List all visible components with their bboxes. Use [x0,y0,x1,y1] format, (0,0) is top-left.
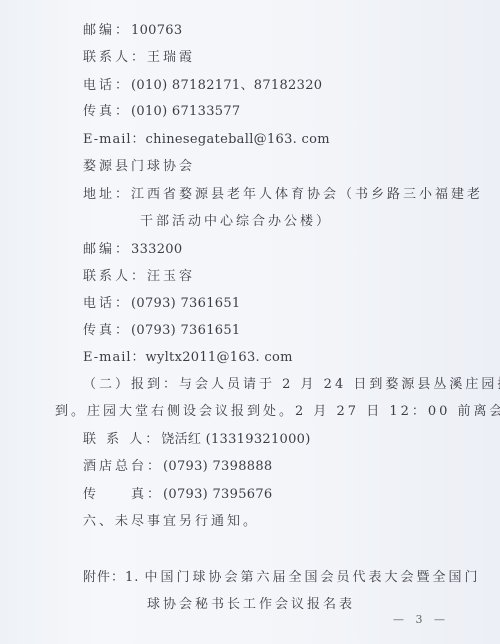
postcode-value: 100763 [131,23,182,38]
org2-email: E-mail：wyltx2011@163. com [83,350,293,366]
org1-fax: 传真：(010) 67133577 [83,104,240,120]
section-6: 六、未尽事宜另行通知。 [83,514,259,530]
fax-label: 传真： [83,104,131,119]
registration-line-2: 到。庄园大堂右侧设会议报到处。2 月 27 日 12：00 前离会 [55,404,500,420]
contact-label: 联系人： [83,50,147,65]
email-value: chinesegateball@163. com [146,132,330,147]
contact-value: 王瑞霞 [147,50,195,65]
fax-label: 传 真： [83,487,163,502]
org1-phone: 电话：(010) 87182171、87182320 [83,78,322,94]
email-value: wyltx2011@163. com [146,350,293,365]
phone-label: 电话： [83,296,131,311]
phone-label: 电话： [83,78,131,93]
org2-fax: 传真：(0793) 7361651 [83,323,240,339]
org2-name: 婺源县门球协会 [83,159,195,175]
email-label: E-mail： [83,350,146,365]
phone-value: (0793) 7361651 [131,296,240,311]
attachment-line-1: 中国门球协会第六届全国会员代表大会暨全国门 [145,570,481,585]
address-line-1: 江西省婺源县老年人体育协会（书乡路三小福建老 [131,187,483,202]
attachment: 附件：1. 中国门球协会第六届全国会员代表大会暨全国门 [83,570,481,586]
org1-postcode: 邮编：100763 [83,23,182,39]
fax-label: 传真： [83,323,131,338]
email-label: E-mail： [83,132,146,147]
phone-value: (010) 87182171、87182320 [131,78,322,93]
fax-value: (010) 67133577 [131,104,240,119]
fax-value: (0793) 7361651 [131,323,240,338]
hotel-label: 酒店总台： [83,459,163,474]
attachment-line-2: 球协会秘书长工作会议报名表 [147,597,355,613]
org2-postcode: 邮编：333200 [83,242,182,258]
contact-label: 联系人： [83,269,147,284]
postcode-label: 邮编： [83,242,131,257]
org2-contact: 联系人：汪玉容 [83,269,195,285]
address-label: 地址： [83,187,131,202]
postcode-value: 333200 [131,242,182,257]
org2-address: 地址：江西省婺源县老年人体育协会（书乡路三小福建老 [83,187,483,203]
attachment-label: 附件：1. [83,570,139,585]
org1-contact: 联系人：王瑞霞 [83,50,195,66]
postcode-label: 邮编： [83,23,131,38]
org1-email: E-mail：chinesegateball@163. com [83,132,330,148]
contact-value: 饶活红 (13319321000) [161,432,310,447]
org2-phone: 电话：(0793) 7361651 [83,296,240,312]
address-line-2: 干部活动中心综合办公楼） [140,214,332,230]
document-page: 邮编：100763 联系人：王瑞霞 电话：(010) 87182171、8718… [0,0,500,644]
contact-label: 联 系 人： [83,432,161,447]
registration-fax: 传 真：(0793) 7395676 [83,487,272,503]
registration-contact: 联 系 人：饶活红 (13319321000) [83,432,311,448]
page-number: — 3 — [393,613,449,626]
hotel-phone-value: (0793) 7398888 [163,459,272,474]
registration-hotel: 酒店总台：(0793) 7398888 [83,459,272,475]
contact-value: 汪玉容 [147,269,195,284]
registration-line-1: （二）报到：与会人员请于 2 月 24 日到婺源县丛溪庄园报 [83,377,500,393]
fax-value: (0793) 7395676 [163,487,272,502]
